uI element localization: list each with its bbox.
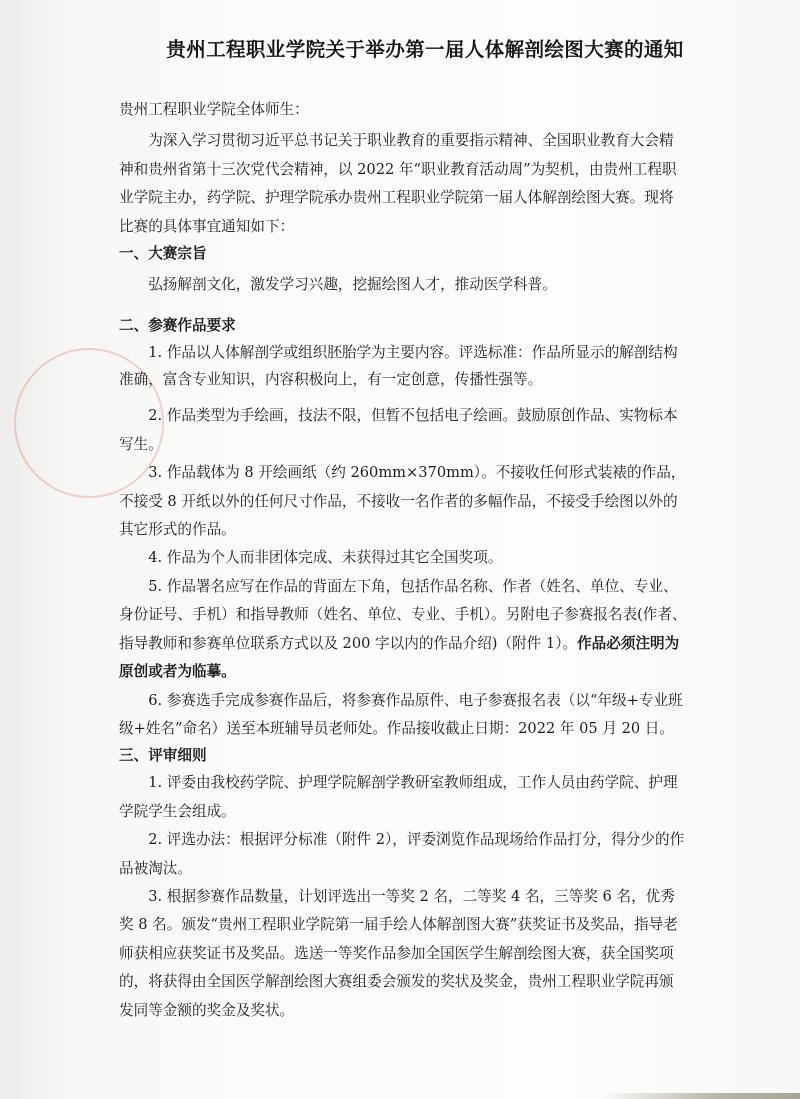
requirement-item-5: 5. 作品署名应写在作品的背面左下角，包括作品名称、作者（姓名、单位、专业、身份…	[119, 573, 687, 687]
requirement-item-1: 1. 作品以人体解剖学或组织胚胎学为主要内容。评选标准：作品所显示的解剖结构准确…	[119, 339, 687, 393]
page-edge-shadow	[600, 1093, 800, 1099]
requirement-item-3: 3. 作品载体为 8 开绘画纸（约 260mm×370mm）。不接收任何形式装裱…	[119, 459, 687, 544]
judging-item-2: 2. 评选办法：根据评分标准（附件 2），评委浏览作品现场给作品打分，得分少的作…	[119, 826, 687, 883]
document-page: 贵州工程职业学院关于举办第一届人体解剖绘图大赛的通知 贵州工程职业学院全体师生：…	[0, 0, 800, 1099]
document-title: 贵州工程职业学院关于举办第一届人体解剖绘图大赛的通知	[0, 34, 800, 62]
judging-item-3: 3. 根据参赛作品数量，计划评选出一等奖 2 名，二等奖 4 名，三等奖 6 名…	[119, 883, 687, 1025]
judging-item-1: 1. 评委由我校药学院、护理学院解剖学教研室教师组成，工作人员由药学院、护理学院…	[119, 769, 687, 826]
requirement-item-2: 2. 作品类型为手绘画，技法不限，但暂不包括电子绘画。鼓励原创作品、实物标本写生…	[119, 402, 687, 459]
section-heading-judging: 三、评审细则	[119, 743, 687, 769]
section-heading-requirements: 二、参赛作品要求	[119, 313, 687, 339]
salutation: 贵州工程职业学院全体师生：	[119, 96, 687, 124]
section-heading-purpose: 一、大赛宗旨	[119, 241, 687, 267]
document-body: 贵州工程职业学院全体师生： 为深入学习贯彻习近平总书记关于职业教育的重要指示精神…	[119, 96, 687, 1025]
purpose-paragraph: 弘扬解剖文化，激发学习兴趣，挖掘绘图人才，推动医学科普。	[119, 271, 687, 299]
requirement-item-6: 6. 参赛选手完成参赛作品后，将参赛作品原件、电子参赛报名表（以“年级+专业班级…	[119, 687, 687, 744]
requirement-item-4: 4. 作品为个人而非团体完成、未获得过其它全国奖项。	[119, 544, 687, 572]
intro-paragraph: 为深入学习贯彻习近平总书记关于职业教育的重要指示精神、全国职业教育大会精神和贵州…	[119, 127, 687, 241]
